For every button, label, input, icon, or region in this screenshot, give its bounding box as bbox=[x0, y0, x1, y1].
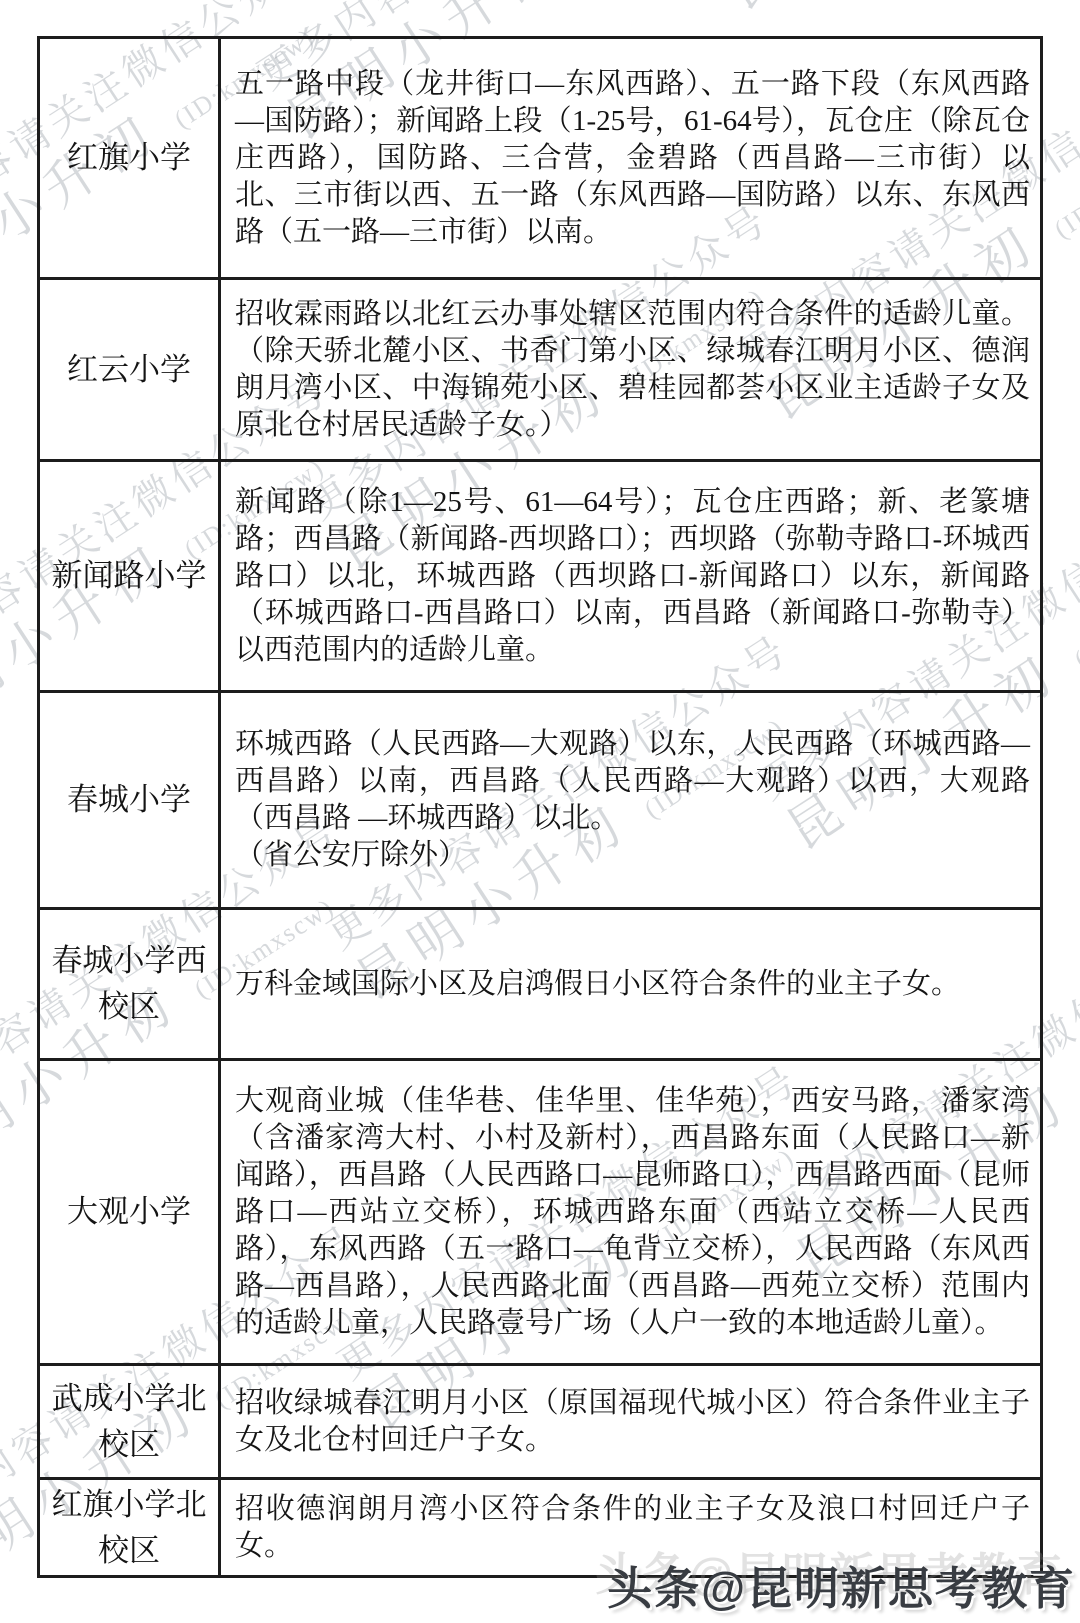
school-district-table: 红旗小学 五一路中段（龙井街口—东风西路）、五一路下段（东风西路—国防路）；新闻… bbox=[37, 36, 1043, 1578]
district-desc-cell: 环城西路（人民西路—大观路）以东，人民西路（环城西路—西昌路）以南，西昌路（人民… bbox=[221, 693, 1040, 907]
table-row: 春城小学 环城西路（人民西路—大观路）以东，人民西路（环城西路—西昌路）以南，西… bbox=[40, 690, 1040, 907]
school-name-cell: 新闻路小学 bbox=[40, 462, 221, 690]
district-desc-cell: 五一路中段（龙井街口—东风西路）、五一路下段（东风西路—国防路）；新闻路上段（1… bbox=[221, 39, 1040, 277]
school-name-cell: 武成小学北校区 bbox=[40, 1366, 221, 1477]
district-desc-cell: 招收霖雨路以北红云办事处辖区范围内符合条件的适龄儿童。（除天骄北麓小区、书香门第… bbox=[221, 280, 1040, 459]
school-name-cell: 红旗小学北校区 bbox=[40, 1480, 221, 1575]
table-row: 新闻路小学 新闻路（除1—25号、61—64号）；瓦仓庄西路；新、老篆塘路；西昌… bbox=[40, 459, 1040, 690]
table-row: 春城小学西校区 万科金域国际小区及启鸿假日小区符合条件的业主子女。 bbox=[40, 907, 1040, 1058]
table-row: 武成小学北校区 招收绿城春江明月小区（原国福现代城小区）符合条件业主子女及北仓村… bbox=[40, 1363, 1040, 1477]
watermark: 更多内容请关注微信公众号昆明小升初 (ID:kmxscw) bbox=[690, 0, 1080, 22]
school-name-cell: 红旗小学 bbox=[40, 39, 221, 277]
table-row: 红云小学 招收霖雨路以北红云办事处辖区范围内符合条件的适龄儿童。（除天骄北麓小区… bbox=[40, 277, 1040, 459]
school-name-cell: 春城小学西校区 bbox=[40, 910, 221, 1058]
school-name-cell: 春城小学 bbox=[40, 693, 221, 907]
school-name-cell: 大观小学 bbox=[40, 1061, 221, 1363]
district-desc-cell: 新闻路（除1—25号、61—64号）；瓦仓庄西路；新、老篆塘路；西昌路（新闻路-… bbox=[221, 462, 1040, 690]
district-desc-cell: 招收绿城春江明月小区（原国福现代城小区）符合条件业主子女及北仓村回迁户子女。 bbox=[221, 1366, 1040, 1477]
district-desc-cell: 万科金域国际小区及启鸿假日小区符合条件的业主子女。 bbox=[221, 910, 1040, 1058]
page: 更多内容请关注微信公众号昆明小升初 (ID:kmxscw) 更多内容请关注微信公… bbox=[0, 0, 1080, 1623]
footer-credit: 头条@昆明新思考教育 bbox=[607, 1552, 1076, 1617]
table-row: 红旗小学 五一路中段（龙井街口—东风西路）、五一路下段（东风西路—国防路）；新闻… bbox=[40, 39, 1040, 277]
table-row: 大观小学 大观商业城（佳华巷、佳华里、佳华苑），西安马路，潘家湾（含潘家湾大村、… bbox=[40, 1058, 1040, 1363]
district-desc-cell: 大观商业城（佳华巷、佳华里、佳华苑），西安马路，潘家湾（含潘家湾大村、小村及新村… bbox=[221, 1061, 1040, 1363]
school-name-cell: 红云小学 bbox=[40, 280, 221, 459]
